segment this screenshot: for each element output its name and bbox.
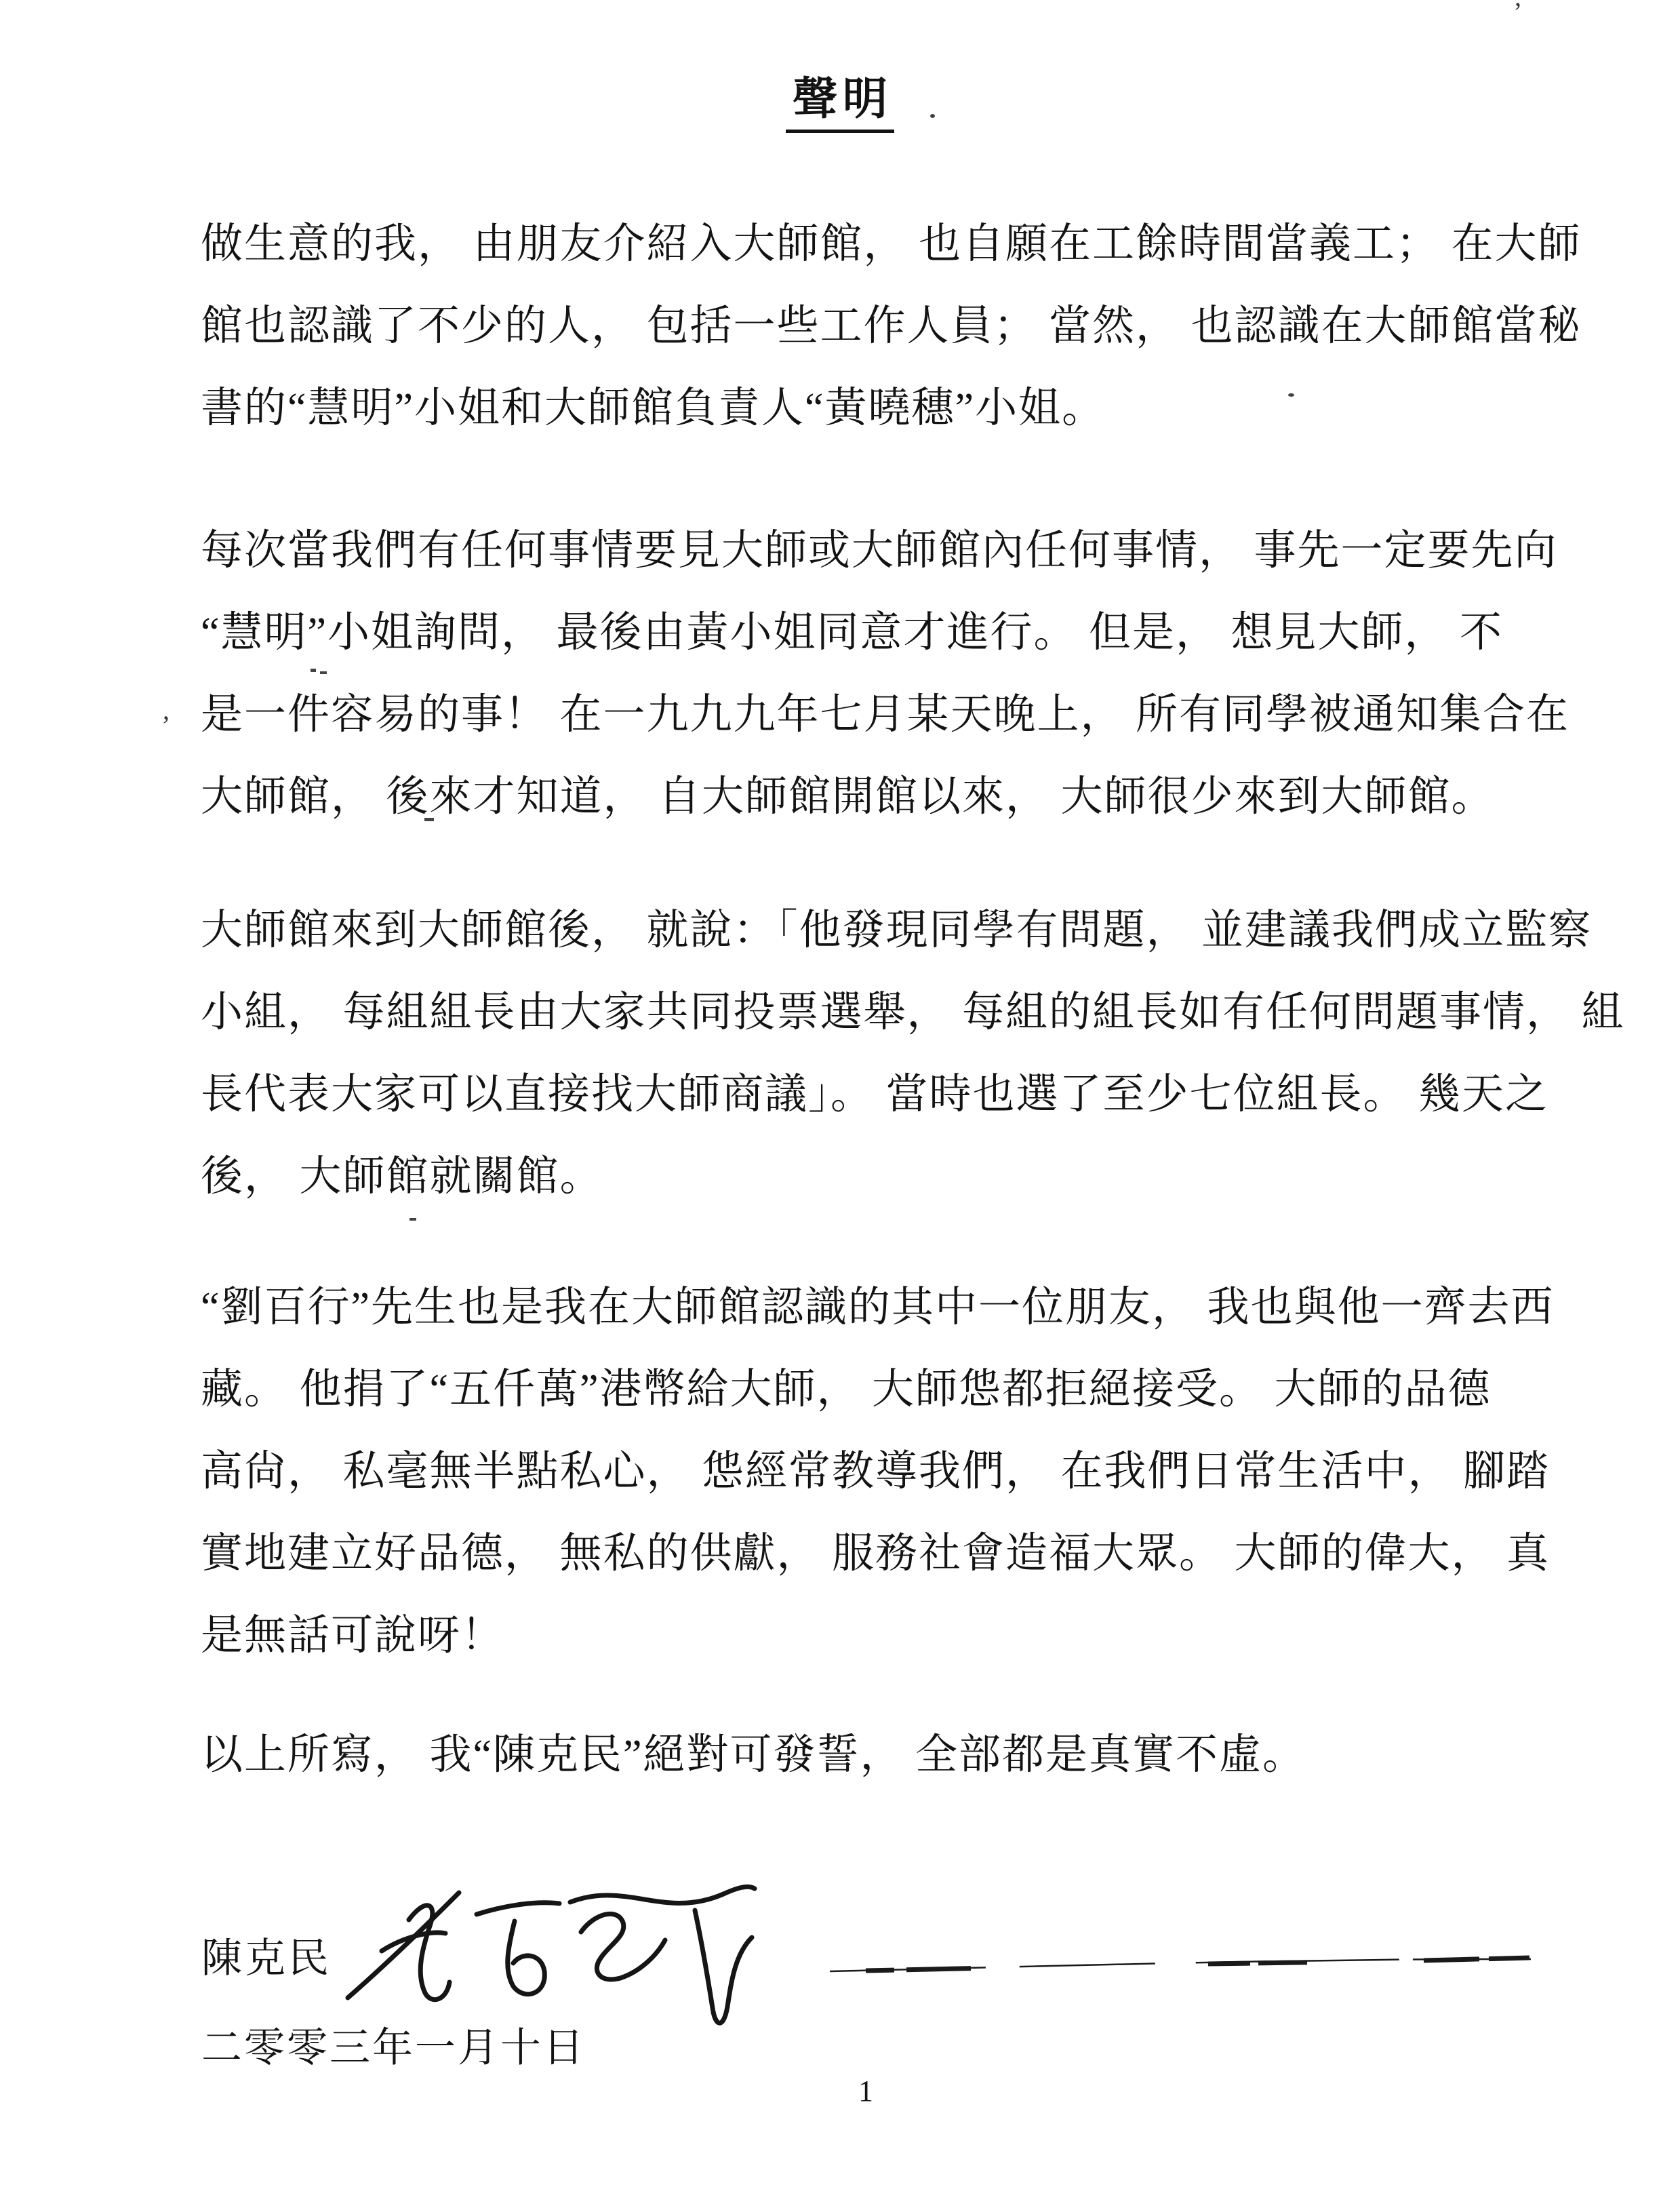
document-date: 二零零三年一月十日 [201, 2015, 586, 2074]
body-line: 實地建立好品德， 無私的供獻， 服務社會造福大眾。 大師的偉大， 真 [201, 1513, 1529, 1595]
scan-artifact-apostrophe: ’ [161, 709, 170, 741]
body-line: “慧明”小姐詢問， 最後由黃小姐同意才進行。 但是， 想見大師， 不 [201, 592, 1529, 674]
body-line: 小組， 每組組長由大家共同投票選舉， 每組的組長如有任何問題事情， 組 [201, 972, 1529, 1054]
body-line: 每次當我們有任何事情要見大師或大師館內任何事情， 事先一定要先向 [201, 510, 1529, 592]
scan-artifact-dash [409, 1218, 416, 1221]
body-line: 館也認識了不少的人， 包括一些工作人員； 當然， 也認識在大師館當秘 [201, 285, 1529, 368]
body-line: 書的“慧明”小姐和大師館負責人“黃曉穗”小姐。 [201, 368, 1529, 450]
body-line: 大師館來到大師館後， 就說：「他發現同學有問題， 並建議我們成立監察 [201, 890, 1529, 972]
body-line: 是一件容易的事！ 在一九九九年七月某天晚上， 所有同學被通知集合在 [201, 674, 1529, 756]
body-line: 藏。 他捐了“五仟萬”港幣給大師， 大師怹都拒絕接受。 大師的品德 [201, 1349, 1529, 1431]
scan-artifact-dot [930, 114, 935, 118]
paragraph-1: 做生意的我， 由朋友介紹入大師館， 也自願在工餘時間當義工； 在大師 館也認識了… [201, 203, 1529, 450]
body-line: 長代表大家可以直接找大師商議」。 當時也選了至少七位組長。 幾天之 [201, 1054, 1529, 1136]
scan-artifact-comma: ‚ [1253, 1465, 1260, 1491]
document-title: 聲明 [0, 62, 1680, 127]
body-line: 大師館， 後來才知道， 自大師館開館以來， 大師很少來到大師館。 [201, 756, 1529, 838]
document-title-text: 聲明 [786, 75, 894, 133]
body-line: 以上所寫， 我“陳克民”絕對可發誓， 全部都是真實不虛。 [201, 1714, 1529, 1796]
paragraph-closing-statement: 以上所寫， 我“陳克民”絕對可發誓， 全部都是真實不虛。 [201, 1714, 1529, 1796]
body-line: 做生意的我， 由朋友介紹入大師館， 也自願在工餘時間當義工； 在大師 [201, 203, 1529, 285]
body-line: “劉百行”先生也是我在大師館認識的其中一位朋友， 我也與他一齊去西 [201, 1267, 1529, 1349]
paragraph-2: 每次當我們有任何事情要見大師或大師館內任何事情， 事先一定要先向 “慧明”小姐詢… [201, 510, 1529, 838]
page-number: 1 [858, 2074, 873, 2108]
scan-artifact-dash [424, 818, 434, 821]
signer-printed-name: 陳克民 [201, 1926, 332, 1984]
scanned-declaration-page: 聲明 做生意的我， 由朋友介紹入大師館， 也自願在工餘時間當義工； 在大師 館也… [0, 0, 1680, 2189]
scan-artifact-apostrophe: ’ [1513, 0, 1522, 28]
body-line: 後， 大師館就關館。 [201, 1136, 1529, 1218]
body-line: 高尙， 私毫無半點私心， 怹經常教導我們， 在我們日常生活中， 腳踏 [201, 1431, 1529, 1513]
body-line: 是無話可說呀！ [201, 1595, 1529, 1677]
paragraph-4: “劉百行”先生也是我在大師館認識的其中一位朋友， 我也與他一齊去西 藏。 他捐了… [201, 1267, 1529, 1677]
scan-smudge-line [828, 1950, 1534, 1977]
paragraph-3: 大師館來到大師館後， 就說：「他發現同學有問題， 並建議我們成立監察 小組， 每… [201, 890, 1529, 1218]
scan-artifact-dash [320, 671, 327, 674]
scan-artifact-dash [311, 669, 316, 672]
scan-artifact-dot [1288, 393, 1294, 397]
